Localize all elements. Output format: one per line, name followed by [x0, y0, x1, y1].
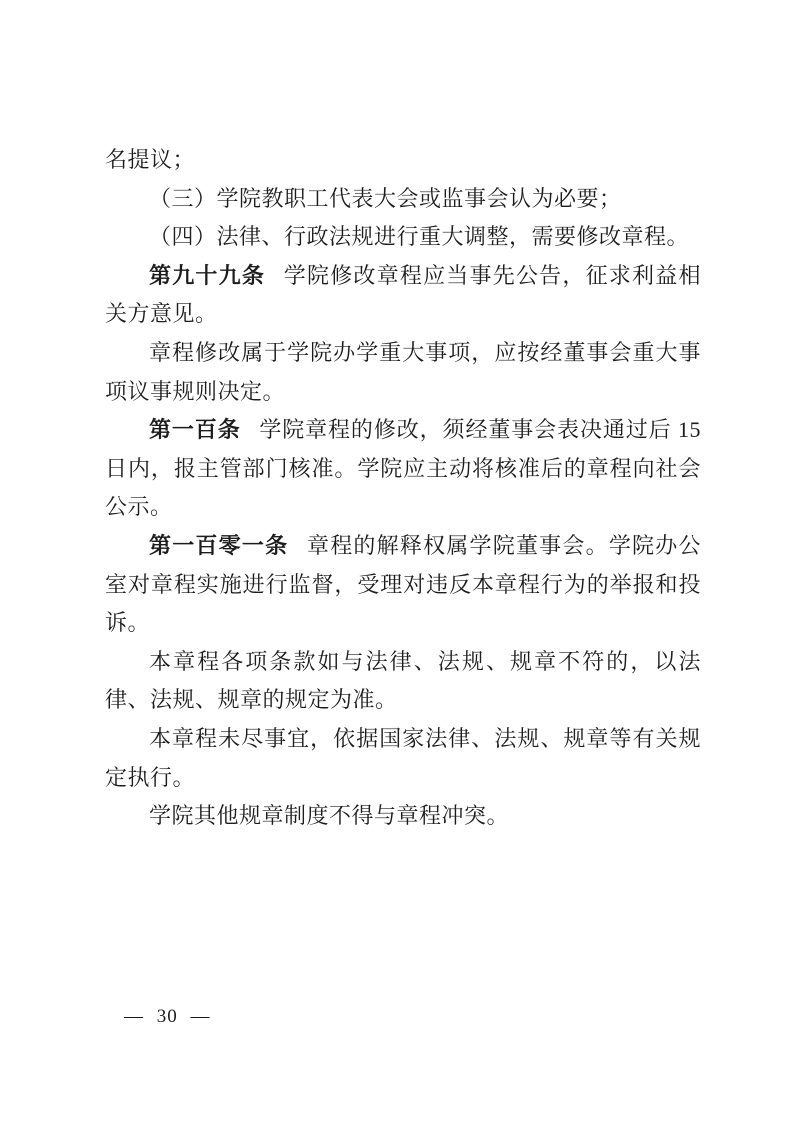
paragraph-text: 本章程未尽事宜，依据国家法律、法规、规章等有关规定执行。 [105, 726, 701, 790]
list-item-4: （四）法律、行政法规进行重大调整，需要修改章程。 [105, 218, 701, 257]
list-item-3: （三）学院教职工代表大会或监事会认为必要； [105, 180, 701, 219]
paragraph-text: 学院其他规章制度不得与章程冲突。 [149, 803, 509, 828]
article-99-paragraph: 第九十九条学院修改章程应当事先公告，征求利益相关方意见。 [105, 257, 701, 334]
paragraph-text: 名提议； [105, 147, 195, 172]
conflict-of-law-paragraph: 本章程各项条款如与法律、法规、规章不符的，以法律、法规、规章的规定为准。 [105, 643, 701, 720]
paragraph-text: （三）学院教职工代表大会或监事会认为必要； [149, 186, 622, 211]
article-100-paragraph: 第一百条学院章程的修改，须经董事会表决通过后 15 日内，报主管部门核准。学院应… [105, 411, 701, 527]
paragraph-text: 本章程各项条款如与法律、法规、规章不符的，以法律、法规、规章的规定为准。 [105, 649, 701, 713]
unaddressed-matters-paragraph: 本章程未尽事宜，依据国家法律、法规、规章等有关规定执行。 [105, 720, 701, 797]
page-number: — 30 — [124, 1006, 211, 1028]
charter-text-block: 名提议； （三）学院教职工代表大会或监事会认为必要； （四）法律、行政法规进行重… [105, 141, 701, 836]
other-rules-paragraph: 学院其他规章制度不得与章程冲突。 [105, 797, 701, 836]
paragraph-continuation: 名提议； [105, 141, 701, 180]
paragraph-text: （四）法律、行政法规进行重大调整，需要修改章程。 [149, 224, 689, 249]
paragraph-text: 章程修改属于学院办学重大事项，应按经董事会重大事项议事规则决定。 [105, 340, 701, 404]
article-99-number: 第九十九条 [149, 263, 265, 288]
document-page: 名提议； （三）学院教职工代表大会或监事会认为必要； （四）法律、行政法规进行重… [0, 0, 793, 1122]
article-101-number: 第一百零一条 [149, 533, 288, 558]
article-101-paragraph: 第一百零一条章程的解释权属学院董事会。学院办公室对章程实施进行监督，受理对违反本… [105, 527, 701, 643]
article-100-number: 第一百条 [149, 417, 241, 442]
amendment-procedure-paragraph: 章程修改属于学院办学重大事项，应按经董事会重大事项议事规则决定。 [105, 334, 701, 411]
